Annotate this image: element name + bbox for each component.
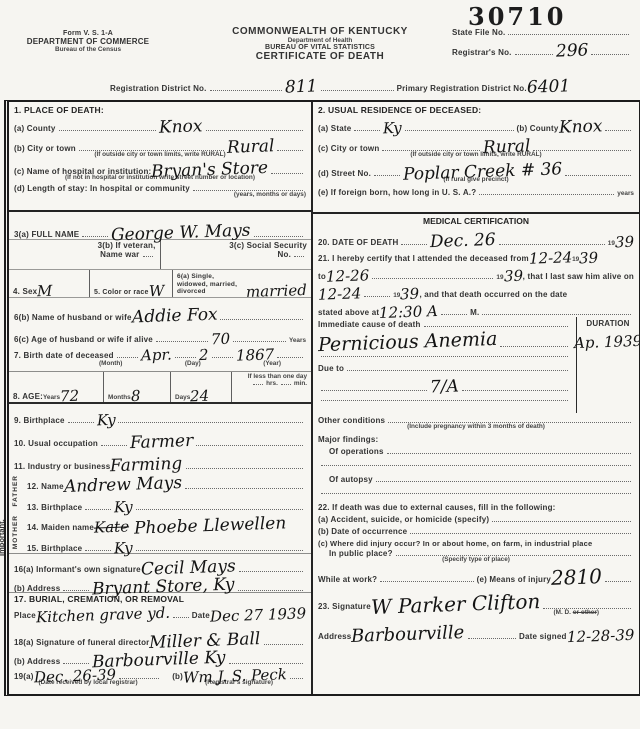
dotted-line [212, 355, 233, 358]
immediate-cause-value: Pernicious Anemia [318, 330, 498, 355]
dotted-line [424, 324, 568, 327]
certify-text-1: 21. I hereby certify that I attended the… [318, 254, 529, 263]
age-months-label: Months [108, 394, 131, 401]
age-days-label: Days [175, 394, 190, 401]
dotted-line [401, 242, 427, 245]
spouse-age-unit: Years [289, 337, 306, 344]
age-less-label: If less than one day [248, 373, 307, 380]
meridiem-label: M. [470, 308, 479, 317]
full-name-row: 3(a) FULL NAME George W. Mays [9, 212, 311, 240]
birth-date-label: 7. Birth date of deceased [14, 351, 114, 360]
birth-day-value: 2 [199, 348, 209, 363]
dotted-line [591, 52, 629, 55]
last-saw-year: 39 [400, 287, 420, 303]
immediate-cause-label: Immediate cause of death [318, 320, 421, 329]
of-autopsy-label: Of autopsy [329, 475, 373, 484]
dotted-line [63, 661, 89, 664]
cause-of-death-block: Immediate cause of death Pernicious Anem… [313, 317, 639, 413]
sex-color-marital-row: 4. SexM 5. Color or raceW 6(a) Single, w… [9, 270, 311, 298]
dotted-line [462, 388, 568, 391]
full-name-label: 3(a) FULL NAME [14, 230, 79, 239]
external-causes-label: 22. If death was due to external causes,… [318, 503, 556, 512]
certify-text-3: , that I last saw him alive on [523, 272, 634, 281]
left-column: 1. PLACE OF DEATH: (a) CountyKnox (b) Ci… [9, 102, 313, 694]
veteran-war-label: Name war [100, 250, 139, 259]
dotted-line [117, 355, 138, 358]
mother-side-label: MOTHER [12, 515, 19, 549]
header-agency-block: Form V. S. 1-A DEPARTMENT OF COMMERCE Bu… [8, 30, 168, 53]
while-at-work-label: While at work? [318, 575, 377, 584]
dotted-line [410, 531, 631, 534]
dotted-line [515, 52, 553, 55]
father-name-label: 12. Name [27, 482, 64, 491]
duration-label: DURATION [586, 319, 629, 328]
dotted-line [605, 128, 631, 131]
dotted-line [321, 398, 568, 401]
veteran-ssn-row: 3(b) If veteran, Name war 3(c) Social Se… [9, 240, 311, 270]
dotted-line [82, 234, 108, 237]
birthplace-row: 9. Birthplace Ky [9, 404, 311, 426]
dotted-line [294, 254, 304, 257]
street-no-label: (d) Street No. [318, 169, 371, 178]
dotted-line [372, 276, 493, 279]
date-of-death-year: 39 [615, 235, 635, 251]
dotted-line [321, 463, 631, 466]
dotted-line [508, 32, 629, 35]
dotted-line [210, 88, 283, 91]
dotted-line [118, 420, 303, 423]
date-of-death-row: 20. DATE OF DEATH Dec. 26 19 39 [313, 226, 639, 247]
burial-date-value: Dec 27 1939 [210, 606, 307, 624]
duration-value: Ap. 1939 [574, 334, 639, 351]
certify-text-4: , and that death occurred on the date [419, 290, 567, 299]
dotted-line [376, 479, 631, 482]
attended-to-year: 39 [503, 269, 523, 285]
section-usual-residence: 2. USUAL RESIDENCE OF DECEASED: (a) Stat… [313, 102, 639, 214]
mother-group: MOTHER 14. Maiden nameKate Phoebe Llewel… [9, 512, 311, 553]
reg-district-value: 811 [285, 78, 318, 96]
marital-value: married [246, 283, 307, 300]
birth-month-value: Apr. [141, 347, 172, 363]
industry-value: Farming [110, 455, 183, 475]
occupation-label: 10. Usual occupation [14, 439, 98, 448]
dotted-line [143, 254, 153, 257]
medical-certification-title: MEDICAL CERTIFICATION [313, 216, 639, 226]
section-place-of-death: 1. PLACE OF DEATH: (a) CountyKnox (b) Ci… [9, 102, 311, 212]
dotted-line [405, 128, 513, 131]
year-prefix: 19 [608, 240, 615, 247]
dotted-line [468, 636, 516, 639]
injury-where-label: (c) Where did injury occur? In or about … [318, 539, 592, 548]
dotted-line [136, 548, 303, 551]
father-name-value: Andrew Mays [63, 475, 182, 496]
dotted-line [441, 312, 467, 315]
dotted-line [565, 173, 631, 176]
means-of-injury-label: (e) Means of injury [477, 575, 551, 584]
commonwealth-title: COMMONWEALTH OF KENTUCKY [200, 26, 440, 37]
father-birthplace-value: Ky [114, 500, 133, 516]
father-birthplace-label: 13. Birthplace [27, 503, 82, 512]
year-prefix: 19 [496, 274, 503, 281]
spouse-label: 6(b) Name of husband or wife [14, 313, 132, 322]
dotted-line [354, 128, 380, 131]
mother-birthplace-label: 15. Birthplace [27, 544, 82, 553]
major-findings-label: Major findings: [318, 435, 378, 444]
dotted-line [63, 588, 89, 591]
father-side-label: FATHER [12, 475, 19, 507]
form-number: Form V. S. 1-A [8, 30, 168, 37]
registration-district-line: Registration District No. 811 Primary Re… [110, 76, 570, 93]
residence-state-value: Ky [383, 121, 402, 137]
state-file-no-label: State File No. [452, 28, 505, 37]
last-saw-value: 12-24 [318, 286, 362, 303]
date-of-death-label: 20. DATE OF DEATH [318, 238, 398, 247]
dotted-line [533, 148, 631, 151]
sex-value: M [37, 283, 53, 299]
dotted-line [277, 148, 303, 151]
informant-sig-label: 16(a) Informant's own signature [14, 565, 141, 574]
dotted-line [85, 507, 111, 510]
dotted-line [364, 294, 390, 297]
injury-place-note: (Specify type of place) [442, 556, 510, 563]
burial-place-value: Kitchen grave yd. [36, 606, 171, 626]
department-of-health: Department of Health [200, 37, 440, 44]
registrar-sig-value: Wm J. S. Peck [183, 667, 287, 686]
dotted-line [156, 339, 208, 342]
dotted-line [239, 569, 303, 572]
dotted-line [206, 128, 303, 131]
means-of-injury-row: While at work?(e) Means of injury2810 [313, 563, 639, 584]
residence-title: 2. USUAL RESIDENCE OF DECEASED: [318, 105, 481, 115]
spouse-name-row: 6(b) Name of husband or wife Addie Fox [9, 298, 311, 323]
age-years-label: Years [43, 394, 60, 401]
foreign-born-label: (e) If foreign born, how long in U. S. A… [318, 188, 476, 197]
occupation-value: Farmer [130, 433, 194, 452]
dotted-line [380, 579, 473, 582]
dotted-line [68, 420, 94, 423]
dotted-line [264, 642, 303, 645]
attended-from-value: 12-24 [529, 250, 573, 267]
occurrence-label: (b) Date of occurrence [318, 527, 407, 536]
spouse-age-value: 70 [211, 331, 231, 347]
dotted-line [185, 486, 303, 489]
age-months-value: 8 [130, 389, 140, 404]
funeral-director-group: 18(a) Signature of funeral directorMille… [9, 627, 311, 665]
bureau-name: Bureau of the Census [8, 46, 168, 53]
dotted-line [605, 579, 631, 582]
death-time-value: 12:30 A [379, 304, 438, 321]
right-column: 2. USUAL RESIDENCE OF DECEASED: (a) Stat… [313, 102, 639, 694]
certify-to-label: to [318, 272, 326, 281]
dotted-line [281, 382, 291, 385]
residence-state-label: (a) State [318, 124, 351, 133]
dotted-line [238, 588, 303, 591]
dotted-line [387, 451, 631, 454]
burial-place-label: Place [14, 611, 36, 620]
md-note-struck: or other [573, 609, 597, 616]
dotted-line [173, 615, 189, 618]
other-conditions-note: (Include pregnancy within 3 months of de… [407, 423, 545, 430]
city-value: Rural [226, 138, 274, 157]
age-days-value: 24 [190, 388, 210, 404]
county-label: (a) County [14, 124, 56, 133]
spouse-value: Addie Fox [131, 307, 217, 327]
received-value: Dec. 26-39 [33, 667, 116, 685]
dotted-line [321, 388, 427, 391]
date-signed-label: Date signed [519, 632, 567, 641]
primary-district-label: Primary Registration District No. [397, 84, 527, 93]
place-of-death-title: 1. PLACE OF DEATH: [14, 105, 104, 115]
certificate-title: CERTIFICATE OF DEATH [200, 51, 440, 62]
burial-group: 17. BURIAL, CREMATION, OR REMOVAL PlaceK… [9, 592, 311, 626]
of-operations-label: Of operations [329, 447, 384, 456]
department-name: DEPARTMENT OF COMMERCE [8, 37, 168, 46]
industry-label: 11. Industry or business [14, 462, 110, 471]
residence-county-value: Knox [558, 118, 602, 137]
full-name-value: George W. Mays [111, 222, 251, 244]
birth-date-row: 7. Birth date of deceased Apr. 2 1867 (M… [9, 344, 311, 372]
death-certificate-scan: 30710 Form V. S. 1-A DEPARTMENT OF COMME… [0, 0, 640, 729]
dotted-line [253, 382, 263, 385]
birthplace-label: 9. Birthplace [14, 416, 65, 425]
certification-paragraph: 21. I hereby certify that I attended the… [313, 247, 639, 317]
dotted-line [101, 443, 127, 446]
dotted-line [271, 171, 303, 174]
birthplace-value: Ky [96, 413, 115, 429]
certificate-body: 1. PLACE OF DEATH: (a) CountyKnox (b) Ci… [4, 100, 640, 696]
hospital-value: Bryan's Store [151, 160, 269, 181]
dotted-line [229, 661, 303, 664]
stay-note: (years, months or days) [234, 191, 306, 198]
md-note-post: ) [597, 609, 599, 616]
mother-maiden-label: 14. Maiden name [27, 523, 94, 532]
dotted-line [233, 339, 285, 342]
age-min-label: min. [294, 380, 307, 387]
stay-label: (d) Length of stay: In hospital or commu… [14, 184, 190, 193]
certify-text-5: stated above at [318, 308, 379, 317]
header-title-block: COMMONWEALTH OF KENTUCKY Department of H… [200, 26, 440, 62]
color-value: W [148, 283, 164, 299]
dotted-line [254, 234, 303, 237]
registrar-no-label: Registrar's No. [452, 48, 512, 57]
reg-district-label: Registration District No. [110, 84, 207, 93]
due-to-value: 7/A [430, 379, 459, 397]
age-label: 8. AGE: [13, 392, 43, 401]
age-row: 8. AGE:Years72 Months8 Days24 If less th… [9, 371, 311, 403]
stamp-serial-number: 30710 [468, 2, 567, 31]
physician-addr-label: Address [318, 632, 351, 641]
residence-city-value: Rural [483, 138, 531, 157]
foreign-unit-label: years [617, 190, 634, 197]
marital-label: 6(a) Single, widowed, married, divorced [177, 273, 246, 295]
dotted-line [374, 173, 400, 176]
mother-birthplace-value: Ky [114, 541, 133, 557]
dotted-line [347, 368, 568, 371]
primary-district-value: 6401 [526, 78, 570, 96]
sex-label: 4. Sex [13, 287, 37, 296]
registrar-no-value: 296 [555, 42, 588, 60]
month-sublabel: (Month) [99, 360, 122, 367]
ssn-label: 3(c) Social Security [229, 241, 307, 250]
mother-maiden-struck: Kate [94, 520, 130, 536]
dotted-line [186, 466, 303, 469]
physician-address-row: Address Barbourville Date signed 12-28-3… [313, 616, 639, 641]
age-hrs-label: hrs. [266, 380, 278, 387]
accident-label: (a) Accident, suicide, or homicide (spec… [318, 515, 489, 524]
dotted-line [479, 192, 614, 195]
md-note: (M. D. or other) [554, 609, 599, 616]
dotted-line [136, 507, 303, 510]
physician-addr-value: Barbourville [351, 624, 465, 646]
dotted-line [196, 443, 303, 446]
attended-to-value: 12-26 [326, 268, 370, 285]
due-to-label: Due to [318, 364, 344, 373]
dotted-line [59, 128, 156, 131]
dotted-line [277, 355, 303, 358]
dotted-line [220, 317, 303, 320]
residence-county-label: (b) County [517, 124, 559, 133]
city-note: (If outside city or town limits, write R… [94, 151, 225, 158]
ssn-no-label: No. [278, 250, 292, 259]
means-of-injury-value: 2810 [551, 566, 603, 588]
dotted-line [482, 312, 631, 315]
director-sig-label: 18(a) Signature of funeral director [14, 638, 149, 647]
county-value: Knox [159, 118, 203, 137]
attended-from-year: 39 [579, 251, 599, 267]
dotted-line [500, 344, 568, 347]
dotted-line [321, 491, 631, 494]
age-years-value: 72 [60, 388, 80, 404]
md-note-pre: (M. D. [554, 609, 571, 616]
physician-sig-value: W Parker Clifton [371, 591, 541, 617]
dotted-line [175, 355, 196, 358]
occupation-row: 10. Usual occupation Farmer [9, 425, 311, 448]
header-file-numbers: State File No. Registrar's No.296 [452, 28, 632, 57]
father-group: FATHER 12. NameAndrew Mays 13. Birthplac… [9, 471, 311, 512]
informant-group: 16(a) Informant's own signatureCecil May… [9, 553, 311, 592]
duration-column: DURATION Ap. 1939 [576, 317, 639, 413]
burial-date-label: Date [192, 611, 210, 620]
date-of-death-value: Dec. 26 [430, 232, 496, 251]
dotted-line [499, 242, 605, 245]
color-label: 5. Color or race [94, 289, 149, 296]
dotted-line [85, 548, 111, 551]
birth-year-value: 1867 [236, 347, 275, 363]
spouse-age-label: 6(c) Age of husband or wife if alive [14, 335, 153, 344]
dotted-line [321, 88, 394, 91]
dotted-line [492, 519, 631, 522]
residence-city-label: (c) City or town [318, 144, 379, 153]
bureau-vital-statistics: BUREAU OF VITAL STATISTICS [200, 44, 440, 51]
date-signed-value: 12-28-39 [566, 628, 634, 645]
city-label: (b) City or town [14, 144, 76, 153]
